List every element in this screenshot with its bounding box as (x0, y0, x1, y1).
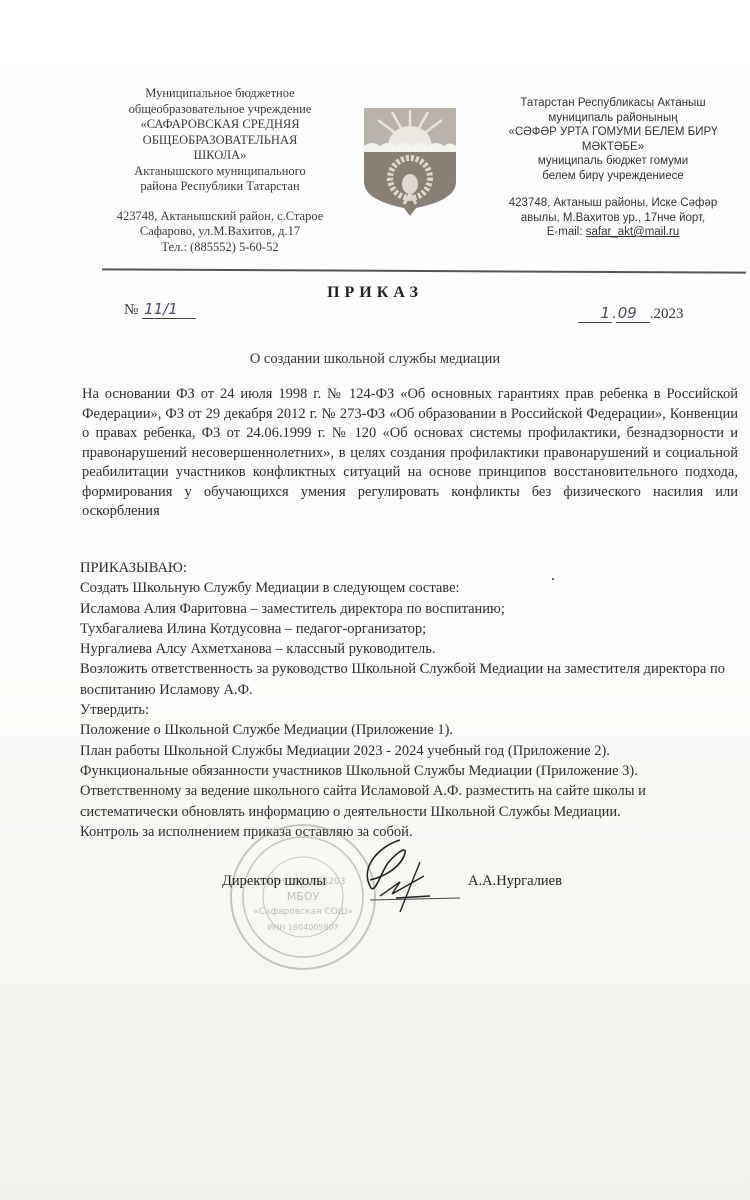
coat-of-arms-emblem-icon (360, 104, 460, 218)
org-name-ru-line: ШКОЛА» (100, 148, 340, 164)
email-label: E-mail: (547, 226, 586, 238)
order-item: Утвердить: (80, 700, 745, 720)
email-link[interactable]: safar_akt@mail.ru (586, 226, 679, 238)
member-item: Нургалиева Алсу Ахметханова – классный р… (80, 639, 745, 659)
document-page: Муниципальное бюджетное общеобразователь… (0, 0, 750, 1200)
header-right-block: Татарстан Республикасы Актаныш муниципал… (482, 96, 744, 240)
org-name-tt-line: белем бирү учреждениесе (482, 169, 744, 184)
phone-line: Тел.: (885552) 5-60-52 (100, 240, 340, 256)
order-items: ПРИКАЗЫВАЮ: Создать Школьную Службу Меди… (80, 558, 745, 842)
order-item: Функциональные обязанности участников Шк… (80, 761, 745, 781)
org-name-tt-line: муниципаль районының (482, 111, 744, 126)
org-name-tt-line: Татарстан Республикасы Актаныш (482, 96, 744, 111)
address-line: авылы, М.Вахитов ур., 17нче йорт, (482, 211, 744, 226)
order-number: № 11/1 (124, 300, 196, 319)
date-year: .2023 (650, 306, 684, 322)
order-item: Возложить ответственность за руководство… (80, 659, 745, 700)
order-item: Ответственному за ведение школьного сайт… (80, 781, 745, 822)
preamble-text: На основании ФЗ от 24 июля 1998 г. № 124… (82, 385, 738, 522)
org-name-ru-line: Актанышского муниципального (100, 164, 340, 180)
org-name-ru-line: ОБЩЕОБРАЗОВАТЕЛЬНАЯ (100, 133, 340, 149)
org-name-ru-line: района Республики Татарстан (100, 179, 340, 195)
org-name-ru-line: общеобразовательное учреждение (100, 102, 340, 118)
order-subject: О создании школьной службы медиации (0, 351, 750, 368)
order-word: ПРИКАЗЫВАЮ: (80, 558, 745, 578)
order-item: Положение о Школьной Службе Медиации (Пр… (80, 720, 745, 740)
signer-title: Директор школы (222, 873, 326, 890)
order-number-value: 11/1 (142, 300, 196, 319)
org-name-ru-line: Муниципальное бюджетное (100, 86, 340, 102)
org-name-tt-line: МӘКТӘБЕ» (482, 140, 744, 155)
date-day: 1 (578, 304, 612, 323)
member-item: Тухбагалиева Илина Котдусовна – педагог-… (80, 619, 745, 639)
preamble-paragraph: На основании ФЗ от 24 июля 1998 г. № 124… (82, 385, 738, 522)
address-tt: 423748, Актаныш районы, Иске Сәфәр авылы… (482, 196, 744, 240)
email-line: E-mail: safar_akt@mail.ru (482, 225, 744, 240)
number-sign: № (124, 302, 138, 318)
org-name-tt-line: «СӘФӘР УРТА ГОМУМИ БЕЛЕМ БИРҮ (482, 125, 744, 140)
order-item: План работы Школьной Службы Медиации 202… (80, 741, 745, 761)
handwritten-signature-icon (340, 836, 470, 916)
header-divider (102, 268, 746, 273)
order-item: Создать Школьную Службу Медиации в следу… (80, 578, 745, 598)
order-date: 1.09.2023 (578, 304, 684, 323)
svg-text:ИНН 1604005807: ИНН 1604005807 (267, 923, 338, 932)
signer-name: А.А.Нургалиев (468, 873, 562, 890)
svg-text:«Сафаровская СОШ»: «Сафаровская СОШ» (253, 907, 353, 917)
header-left-block: Муниципальное бюджетное общеобразователь… (100, 86, 340, 255)
address-line: Сафарово, ул.М.Вахитов, д.17 (100, 224, 340, 240)
address-line: 423748, Актанышский район, с.Старое (100, 209, 340, 225)
document-title: ПРИКАЗ (0, 284, 750, 302)
date-month: 09 (616, 304, 650, 323)
address-ru: 423748, Актанышский район, с.Старое Сафа… (100, 209, 340, 256)
org-name-ru-line: «САФАРОВСКАЯ СРЕДНЯЯ (100, 117, 340, 133)
svg-text:МБОУ: МБОУ (287, 890, 320, 903)
org-name-tt-line: муниципаль бюджет гомуми (482, 154, 744, 169)
address-line: 423748, Актаныш районы, Иске Сәфәр (482, 196, 744, 211)
member-item: Исламова Алия Фаритовна – заместитель ди… (80, 599, 745, 619)
speck (552, 578, 554, 580)
